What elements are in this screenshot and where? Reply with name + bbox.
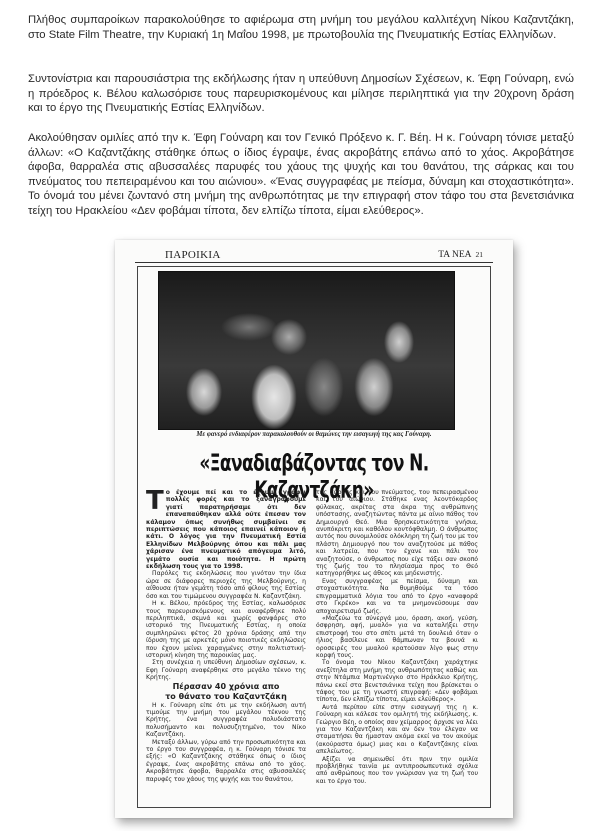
- lead-paragraph: Το έχουμε πεί και το έχουμε γράφει πολλέ…: [146, 489, 306, 570]
- drop-cap: Τ: [146, 490, 164, 512]
- article-frame: Με φανερό ενδιαφέρον παρακολουθούν οι θα…: [137, 266, 491, 808]
- intro-text: Συντονίστρια και παρουσιάστρια της εκδήλ…: [28, 72, 574, 116]
- newspaper-name: ΤΑ ΝΕΑ: [438, 250, 471, 260]
- intro-paragraph-2: Συντονίστρια και παρουσιάστρια της εκδήλ…: [28, 72, 574, 116]
- audience-photo: [158, 271, 455, 430]
- article-column-2: της σάρκας και του πνεύματος, του πεπειρ…: [316, 489, 478, 785]
- section-title: ΠΑΡΟΙΚΙΑ: [165, 249, 221, 261]
- body-paragraph: Μεταξύ άλλων, γύρω από την προσωπικότητα…: [146, 739, 306, 783]
- body-paragraph: Ενας συγγραφέας με πείσμα, δύναμη και στ…: [316, 578, 478, 615]
- clipping-header: ΠΑΡΟΙΚΙΑ ΤΑ ΝΕΑ21: [135, 244, 493, 263]
- page-number: 21: [476, 250, 484, 259]
- article-subheading: Πέρασαν 40 χρόνια αποτο θάνατο του Καζαν…: [146, 682, 306, 702]
- lead-text: ο έχουμε πεί και το έχουμε γράφει πολλές…: [146, 489, 306, 570]
- body-paragraph: Στη συνέχεια η υπεύθυνη Δημοσίων σχέσεων…: [146, 659, 306, 681]
- newspaper-clipping: ΠΑΡΟΙΚΙΑ ΤΑ ΝΕΑ21 Με φανερό ενδιαφέρον π…: [115, 240, 513, 818]
- body-paragraph: Η κ. Βέλου, πρόεδρος της Εστίας, καλωσόρ…: [146, 600, 306, 659]
- body-paragraph: Η κ. Γούναρη είπε ότι με την εκδήλωση αυ…: [146, 702, 306, 739]
- subheading-line-2: το θάνατο του Καζαντζάκη: [165, 692, 287, 701]
- body-paragraph: Το όνομα του Νίκου Καζαντζάκη χαράχτηκε …: [316, 659, 478, 703]
- body-paragraph: της σάρκας και του πνεύματος, του πεπειρ…: [316, 489, 478, 578]
- photo-caption: Με φανερό ενδιαφέρον παρακολουθούν οι θα…: [138, 431, 490, 438]
- body-paragraph: Αυτά περίπου είπε στην εισαγωγή της η κ.…: [316, 704, 478, 756]
- body-paragraph: Παρόλες τις εκδηλώσεις που γινόταν την ί…: [146, 570, 306, 600]
- body-paragraph: «Μαζεύω τα σύνεργά μου, όραση, ακοή, γεύ…: [316, 615, 478, 659]
- subheading-line-1: Πέρασαν 40 χρόνια απο: [173, 682, 280, 691]
- intro-text: Ακολούθησαν ομιλίες από την κ. Έφη Γούνα…: [28, 131, 574, 219]
- body-paragraph: Αξίζει να σημειωθεί ότι πριν την ομιλία …: [316, 756, 478, 786]
- intro-paragraph-3: Ακολούθησαν ομιλίες από την κ. Έφη Γούνα…: [28, 131, 574, 219]
- intro-text: Πλήθος συμπαροίκων παρακολούθησε το αφιέ…: [28, 13, 574, 42]
- newspaper-masthead: ΤΑ ΝΕΑ21: [438, 250, 483, 260]
- intro-paragraph-1: Πλήθος συμπαροίκων παρακολούθησε το αφιέ…: [28, 13, 574, 42]
- article-column-1: Το έχουμε πεί και το έχουμε γράφει πολλέ…: [146, 489, 306, 783]
